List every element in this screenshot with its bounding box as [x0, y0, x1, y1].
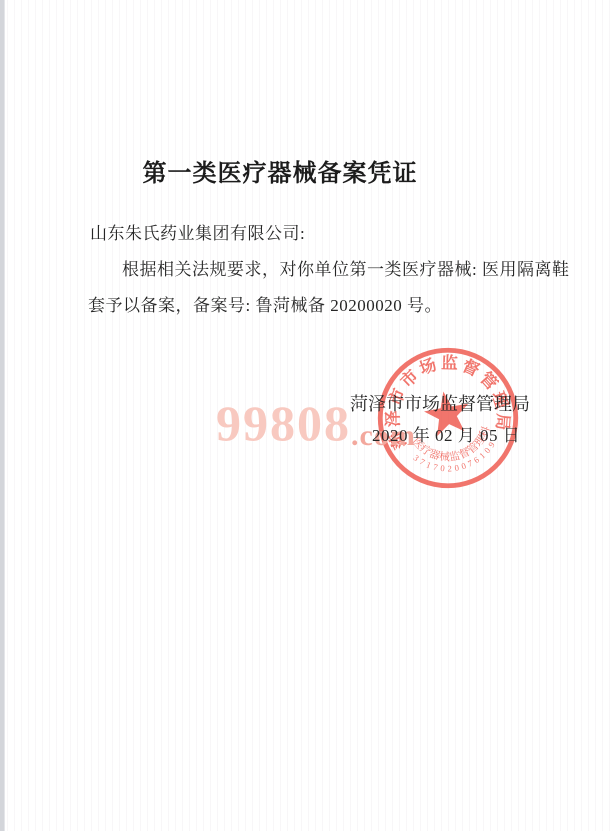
certificate-title: 第一类医疗器械备案凭证 [0, 153, 560, 188]
watermark-number: 99808 [216, 395, 351, 451]
certificate-page: 第一类医疗器械备案凭证 山东朱氏药业集团有限公司: 根据相关法规要求，对你单位第… [0, 0, 612, 831]
official-seal: 菏泽市市场监督管理局 医疗器械监督管理科 3717020076109 [348, 318, 547, 517]
issuer-name: 菏泽市市场监督管理局 [350, 390, 530, 416]
recipient-line: 山东朱氏药业集团有限公司: [90, 219, 305, 244]
body-line-1: 根据相关法规要求，对你单位第一类医疗器械: 医用隔离鞋 [122, 255, 569, 280]
issue-date: 2020 年 02 月 05 日 [372, 421, 520, 446]
scan-edge-shadow [0, 0, 5, 831]
body-line-2: 套予以备案，备案号: 鲁菏械备 20200020 号。 [88, 291, 442, 316]
